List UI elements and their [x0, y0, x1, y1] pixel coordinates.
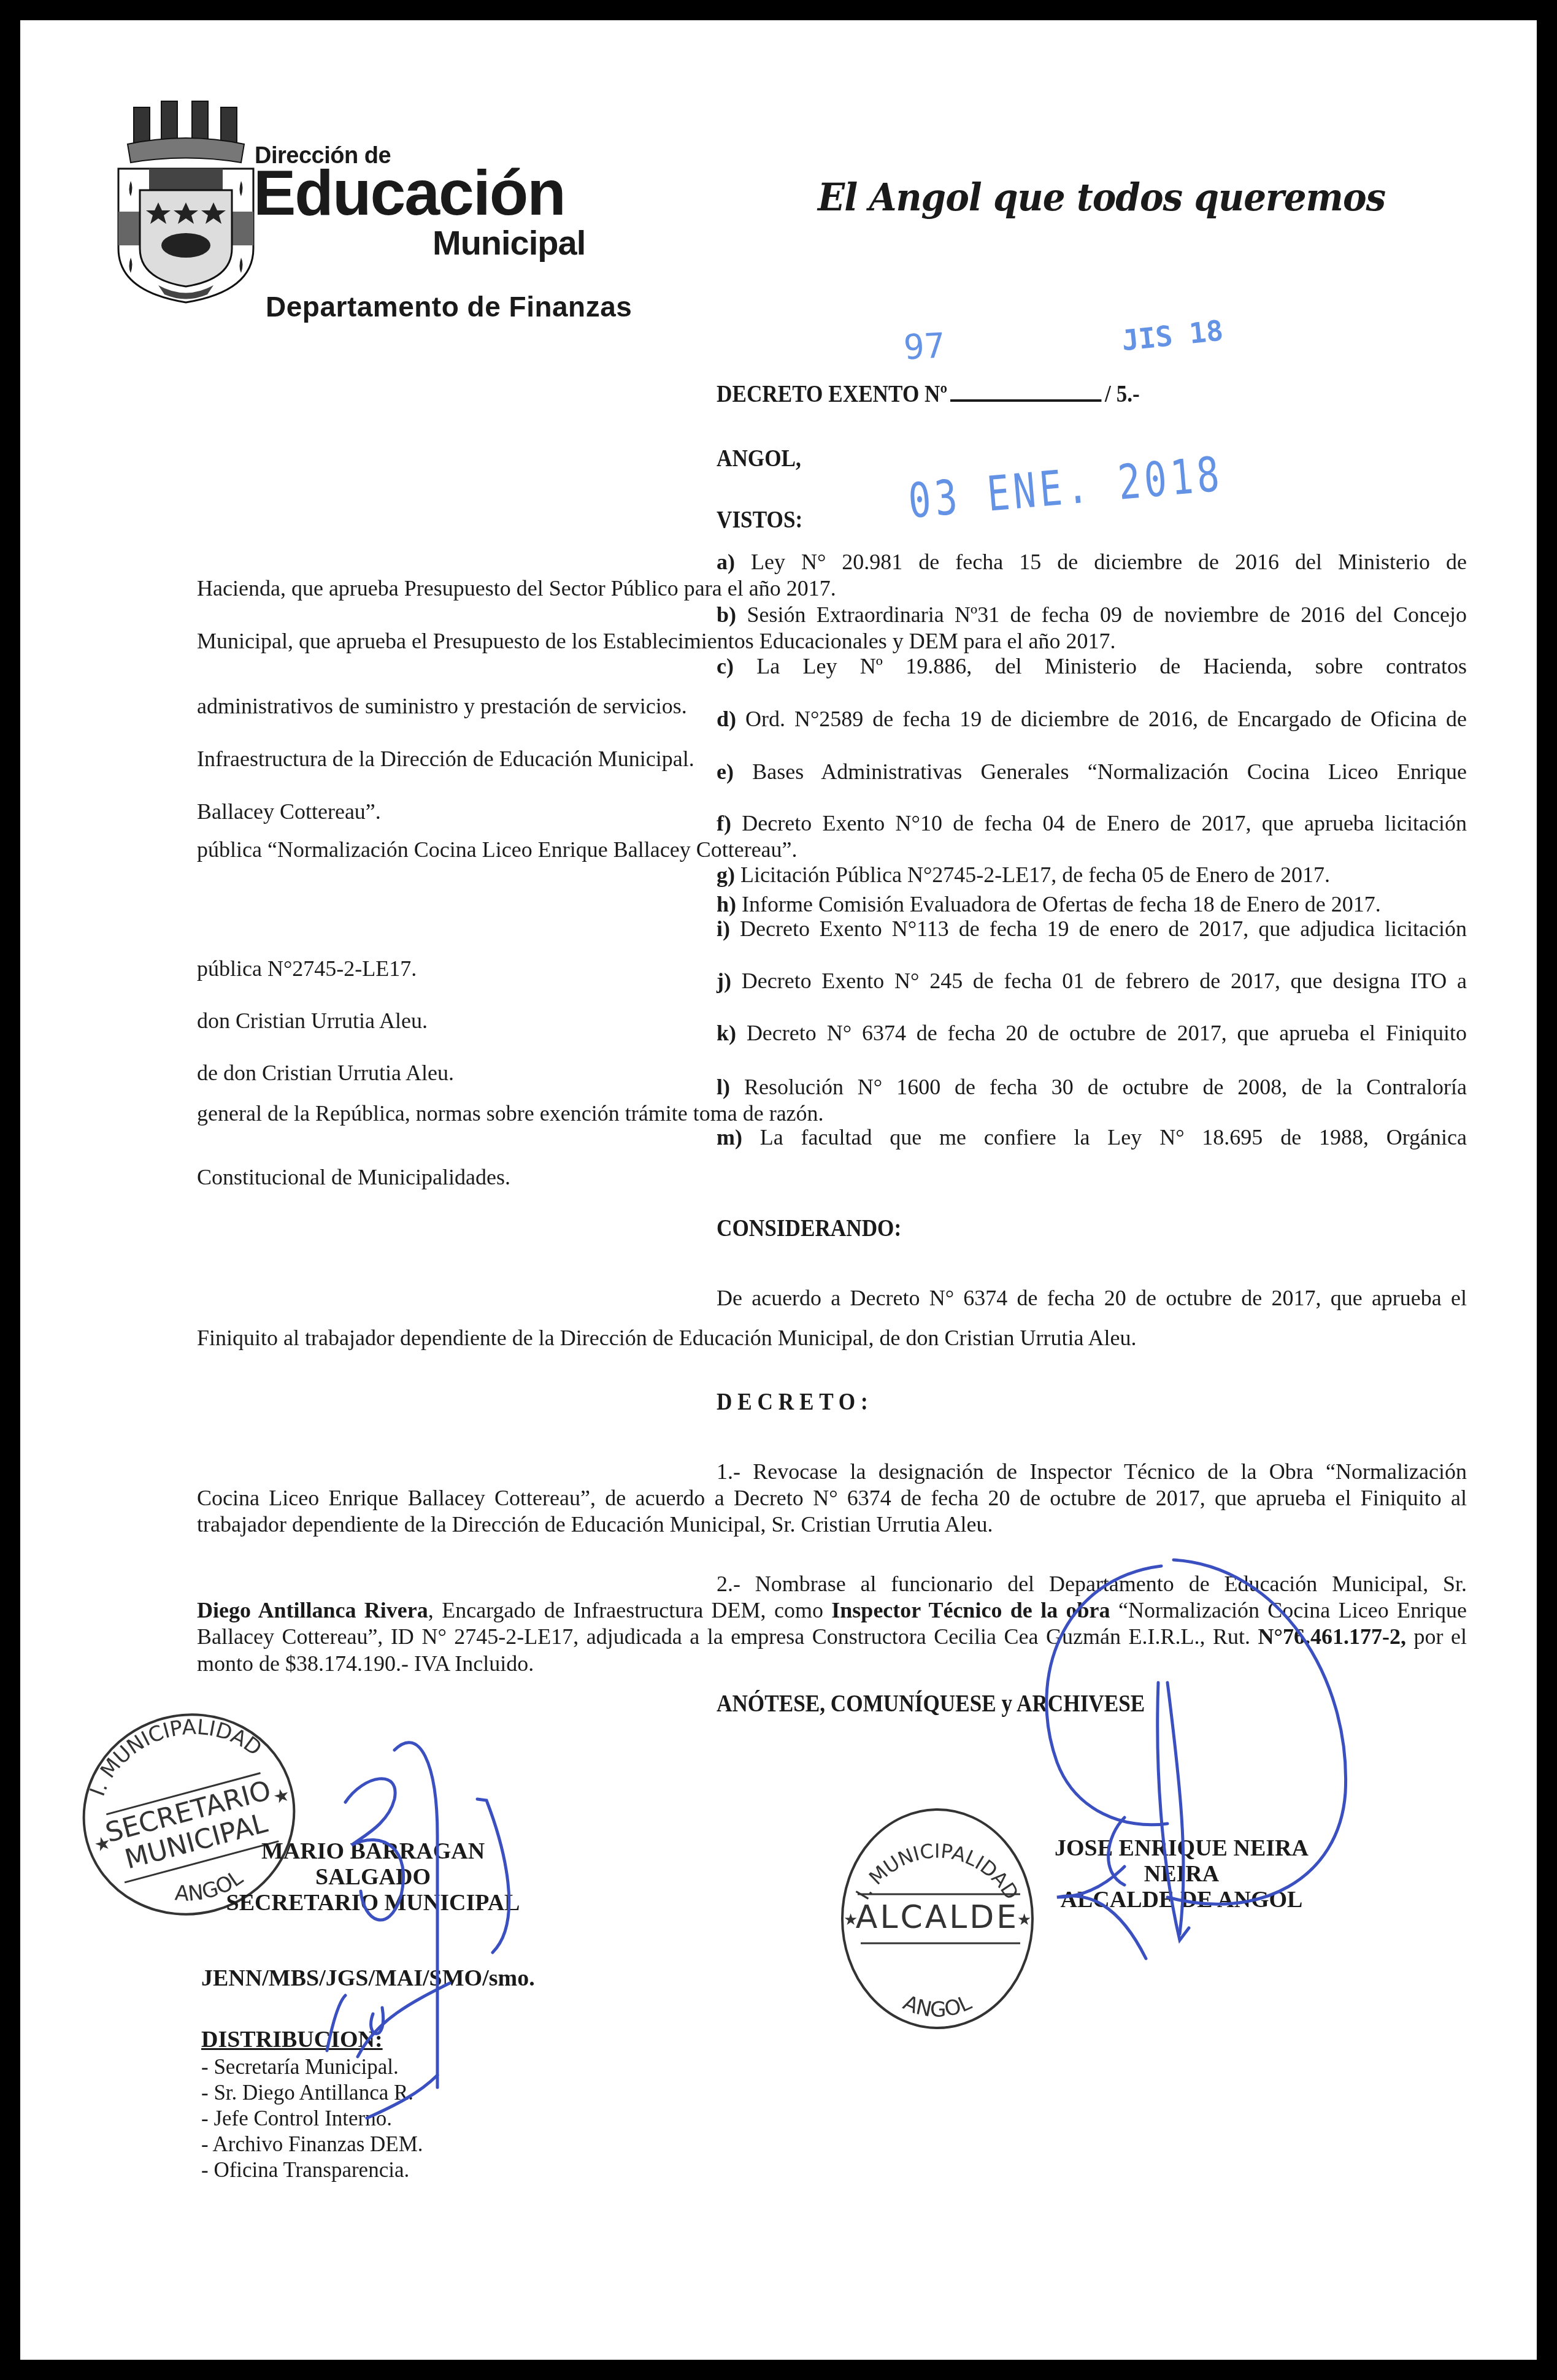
svg-text:ALCALDE: ALCALDE: [856, 1899, 1019, 1936]
vistos-item-continuation: Constitucional de Municipalidades.: [197, 1164, 1467, 1191]
vistos-item-letter: i): [717, 916, 730, 941]
vistos-item-letter: e): [717, 759, 734, 784]
distribution-list: DISTRIBUCION: - Secretaría Municipal.- S…: [201, 2026, 423, 2183]
distribution-item: - Sr. Diego Antillanca R.: [201, 2080, 423, 2106]
mayor-title: ALCALDE DE ANGOL: [1050, 1887, 1313, 1913]
vistos-item-first-line: f) Decreto Exento N°10 de fecha 04 de En…: [197, 810, 1467, 837]
vistos-item-first-line: l) Resolución N° 1600 de fecha 30 de oct…: [197, 1074, 1467, 1100]
vistos-item-text: La Ley Nº 19.886, del Ministerio de Haci…: [756, 654, 1467, 678]
vistos-item-letter: l): [717, 1075, 730, 1099]
vistos-item-first-line: j) Decreto Exento N° 245 de fecha 01 de …: [197, 968, 1467, 994]
vistos-item-text: Resolución N° 1600 de fecha 30 de octubr…: [744, 1075, 1467, 1099]
vistos-item-first-line: m) La facultad que me confiere la Ley N°…: [197, 1124, 1467, 1151]
vistos-item-text: Decreto N° 6374 de fecha 20 de octubre d…: [747, 1021, 1467, 1045]
vistos-item-letter: c): [717, 654, 734, 678]
vistos-item-first-line: i) Decreto Exento N°113 de fecha 19 de e…: [197, 916, 1467, 942]
initials-line: JENN/MBS/JGS/MAI/SMO/smo.: [201, 1965, 535, 1992]
vistos-item-text: Ley N° 20.981 de fecha 15 de diciembre d…: [751, 550, 1467, 574]
vistos-item-text: Sesión Extraordinaria Nº31 de fecha 09 d…: [747, 602, 1467, 627]
vistos-item: h) Informe Comisión Evaluadora de Oferta…: [197, 891, 1467, 918]
svg-text:★: ★: [844, 1911, 858, 1929]
vistos-item-letter: a): [717, 550, 735, 574]
vistos-item-text: Bases Administrativas Generales “Normali…: [752, 759, 1467, 784]
closing-formula: ANÓTESE, COMUNÍQUESE y ARCHIVESE: [717, 1689, 1145, 1718]
mayor-signature-block: JOSE ENRIQUE NEIRA NEIRA ALCALDE DE ANGO…: [1050, 1836, 1313, 1913]
document-page: Dirección de Educación Municipal Departa…: [20, 20, 1537, 2360]
vistos-item-text: La facultad que me confiere la Ley N° 18…: [760, 1125, 1467, 1150]
vistos-item-first-line: a) Ley N° 20.981 de fecha 15 de diciembr…: [197, 549, 1467, 575]
considerando-rest: Finiquito al trabajador dependiente de l…: [197, 1325, 1467, 1351]
vistos-item-text: Decreto Exento N°10 de fecha 04 de Enero…: [742, 811, 1467, 835]
decree-number-blank: [950, 399, 1101, 402]
mayor-seal-icon: I. MUNICIPALIDAD ALCALDE ★ ★ ANGOL: [836, 1802, 1039, 2035]
secretary-signature-block: MARIO BARRAGAN SALGADO SECRETARIO MUNICI…: [201, 1839, 545, 1916]
decree-number-stamp: 97: [902, 326, 946, 367]
org-name-line3: Municipal: [433, 223, 585, 263]
municipal-crest-icon: [115, 95, 256, 304]
svg-text:★: ★: [1017, 1911, 1031, 1929]
vistos-item-first-line: b) Sesión Extraordinaria Nº31 de fecha 0…: [197, 602, 1467, 628]
vistos-item: m) La facultad que me confiere la Ley N°…: [197, 1124, 1467, 1191]
decreto-heading: DECRETO:: [717, 1387, 874, 1416]
vistos-item-continuation: Hacienda, que aprueba Presupuesto del Se…: [197, 575, 1467, 602]
considerando-heading: CONSIDERANDO:: [717, 1213, 901, 1242]
secretary-name: MARIO BARRAGAN SALGADO: [201, 1839, 545, 1891]
vistos-item-text: Ord. N°2589 de fecha 19 de diciembre de …: [745, 707, 1467, 731]
decree-number-suffix-stamp: JIS 18: [1120, 313, 1225, 357]
vistos-item-first-line: c) La Ley Nº 19.886, del Ministerio de H…: [197, 653, 1467, 680]
vistos-item: b) Sesión Extraordinaria Nº31 de fecha 0…: [197, 602, 1467, 654]
org-name-line2: Educación: [253, 161, 565, 225]
secretary-title: SECRETARIO MUNICIPAL: [201, 1891, 545, 1916]
decree-suffix: / 5.-: [1105, 380, 1140, 407]
vistos-item-first-line: g) Licitación Pública N°2745-2-LE17, de …: [197, 862, 1467, 888]
vistos-item-text: Decreto Exento N° 245 de fecha 01 de feb…: [742, 969, 1467, 993]
decreto-item-1-rest: Cocina Liceo Enrique Ballacey Cottereau”…: [197, 1485, 1467, 1538]
mayor-name: JOSE ENRIQUE NEIRA NEIRA: [1050, 1836, 1313, 1887]
vistos-item-letter: h): [717, 892, 736, 916]
motto: El Angol que todos queremos: [818, 175, 1385, 219]
vistos-item-letter: m): [717, 1125, 742, 1150]
vistos-heading: VISTOS:: [717, 505, 802, 534]
considerando-first-line: De acuerdo a Decreto N° 6374 de fecha 20…: [197, 1285, 1467, 1311]
decreto-item-2-mid: , Encargado de Infraestructura DEM, como: [428, 1598, 832, 1622]
vistos-item-first-line: h) Informe Comisión Evaluadora de Oferta…: [197, 891, 1467, 918]
decree-title: DECRETO EXENTO Nº/ 5.-: [717, 379, 1140, 408]
distribution-item: - Oficina Transparencia.: [201, 2157, 423, 2183]
vistos-item-text: Decreto Exento N°113 de fecha 19 de ener…: [740, 916, 1467, 941]
distribution-item: - Archivo Finanzas DEM.: [201, 2132, 423, 2157]
distribution-title: DISTRIBUCION:: [201, 2026, 423, 2054]
vistos-item-first-line: e) Bases Administrativas Generales “Norm…: [197, 759, 1467, 785]
vistos-item-first-line: d) Ord. N°2589 de fecha 19 de diciembre …: [197, 706, 1467, 732]
vistos-item-first-line: k) Decreto N° 6374 de fecha 20 de octubr…: [197, 1020, 1467, 1046]
vistos-item-text: Licitación Pública N°2745-2-LE17, de fec…: [740, 862, 1330, 887]
decreto-item-1-first: 1.- Revocase la designación de Inspector…: [197, 1459, 1467, 1485]
vistos-item-letter: k): [717, 1021, 736, 1045]
date-stamp: 03 ENE. 2018: [906, 447, 1225, 529]
appointee-role: Inspector Técnico de la obra: [831, 1598, 1110, 1622]
vistos-item-letter: d): [717, 707, 736, 731]
place-heading: ANGOL,: [717, 443, 801, 472]
vistos-item-continuation: Municipal, que aprueba el Presupuesto de…: [197, 628, 1467, 654]
distribution-item: - Jefe Control Interno.: [201, 2106, 423, 2132]
vistos-item-continuation: general de la República, normas sobre ex…: [197, 1100, 1467, 1127]
department-name: Departamento de Finanzas: [266, 290, 632, 323]
vistos-item: f) Decreto Exento N°10 de fecha 04 de En…: [197, 810, 1467, 863]
appointee-name: Diego Antillanca Rivera: [197, 1598, 428, 1622]
vistos-item: l) Resolución N° 1600 de fecha 30 de oct…: [197, 1074, 1467, 1127]
decreto-item-2-first: 2.- Nombrase al funcionario del Departam…: [197, 1571, 1467, 1597]
vistos-item-letter: f): [717, 811, 731, 835]
vistos-item-letter: j): [717, 969, 731, 993]
decreto-item-2-rest: Diego Antillanca Rivera, Encargado de In…: [197, 1597, 1467, 1677]
vistos-item-letter: g): [717, 862, 735, 887]
decreto-item-1: 1.- Revocase la designación de Inspector…: [197, 1459, 1467, 1538]
vistos-item: g) Licitación Pública N°2745-2-LE17, de …: [197, 862, 1467, 888]
vistos-item-continuation: pública “Normalización Cocina Liceo Enri…: [197, 837, 1467, 863]
vistos-item-text: Informe Comisión Evaluadora de Ofertas d…: [742, 892, 1381, 916]
distribution-item: - Secretaría Municipal.: [201, 2054, 423, 2080]
vistos-item: a) Ley N° 20.981 de fecha 15 de diciembr…: [197, 549, 1467, 602]
decreto-item-2: 2.- Nombrase al funcionario del Departam…: [197, 1571, 1467, 1677]
considerando-paragraph: De acuerdo a Decreto N° 6374 de fecha 20…: [197, 1285, 1467, 1351]
company-rut: N°76.461.177-2,: [1258, 1624, 1406, 1649]
decree-label: DECRETO EXENTO Nº: [717, 380, 947, 407]
svg-text:ANGOL: ANGOL: [899, 1990, 975, 2022]
vistos-item-letter: b): [717, 602, 736, 627]
